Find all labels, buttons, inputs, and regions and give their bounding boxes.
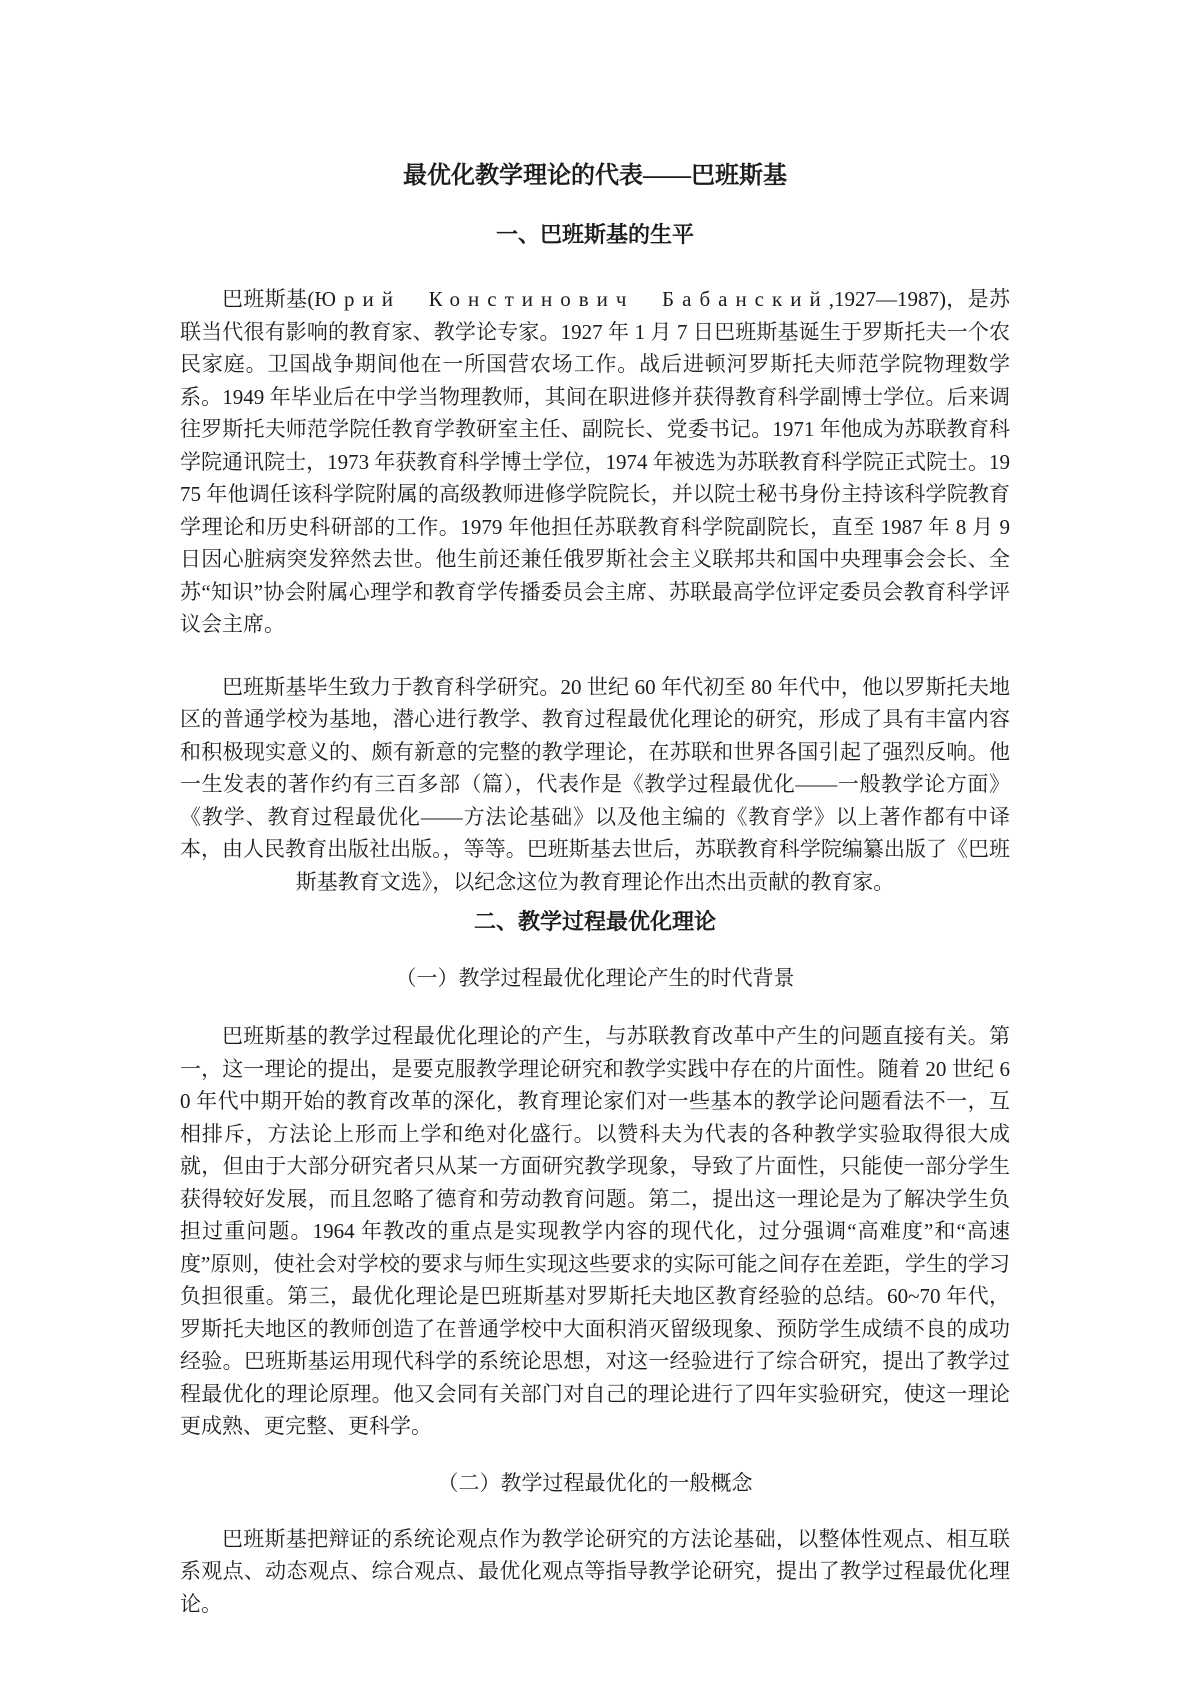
document-title: 最优化教学理论的代表——巴班斯基 [180,0,1010,191]
section1-heading: 一、巴班斯基的生平 [180,221,1010,249]
document-page: 最优化教学理论的代表——巴班斯基 一、巴班斯基的生平 巴班斯基(Юрий Кон… [0,0,1190,1620]
section2-heading: 二、教学过程最优化理论 [180,908,1010,936]
subsection1-heading: （一）教学过程最优化理论产生的时代背景 [180,964,1010,992]
paragraph-babansky-bio: 巴班斯基(Юрий Констинович Бабанский,1927—198… [180,283,1010,641]
bio-text-prefix: 巴班斯基( [222,287,314,311]
russian-name: Юрий Констинович Бабанский [314,287,828,311]
paragraph-general-concept: 巴班斯基把辩证的系统论观点作为教学论研究的方法论基础，以整体性观点、相互联系观点… [180,1523,1010,1621]
subsection2-heading: （二）教学过程最优化的一般概念 [180,1469,1010,1497]
paragraph-era-background: 巴班斯基的教学过程最优化理论的产生，与苏联教育改革中产生的问题直接有关。第一，这… [180,1020,1010,1443]
paragraph-babansky-research: 巴班斯基毕生致力于教育科学研究。20 世纪 60 年代初至 80 年代中，他以罗… [180,671,1010,899]
bio-text-body: ,1927—1987)，是苏联当代很有影响的教育家、教学论专家。1927 年 1… [180,287,1010,636]
